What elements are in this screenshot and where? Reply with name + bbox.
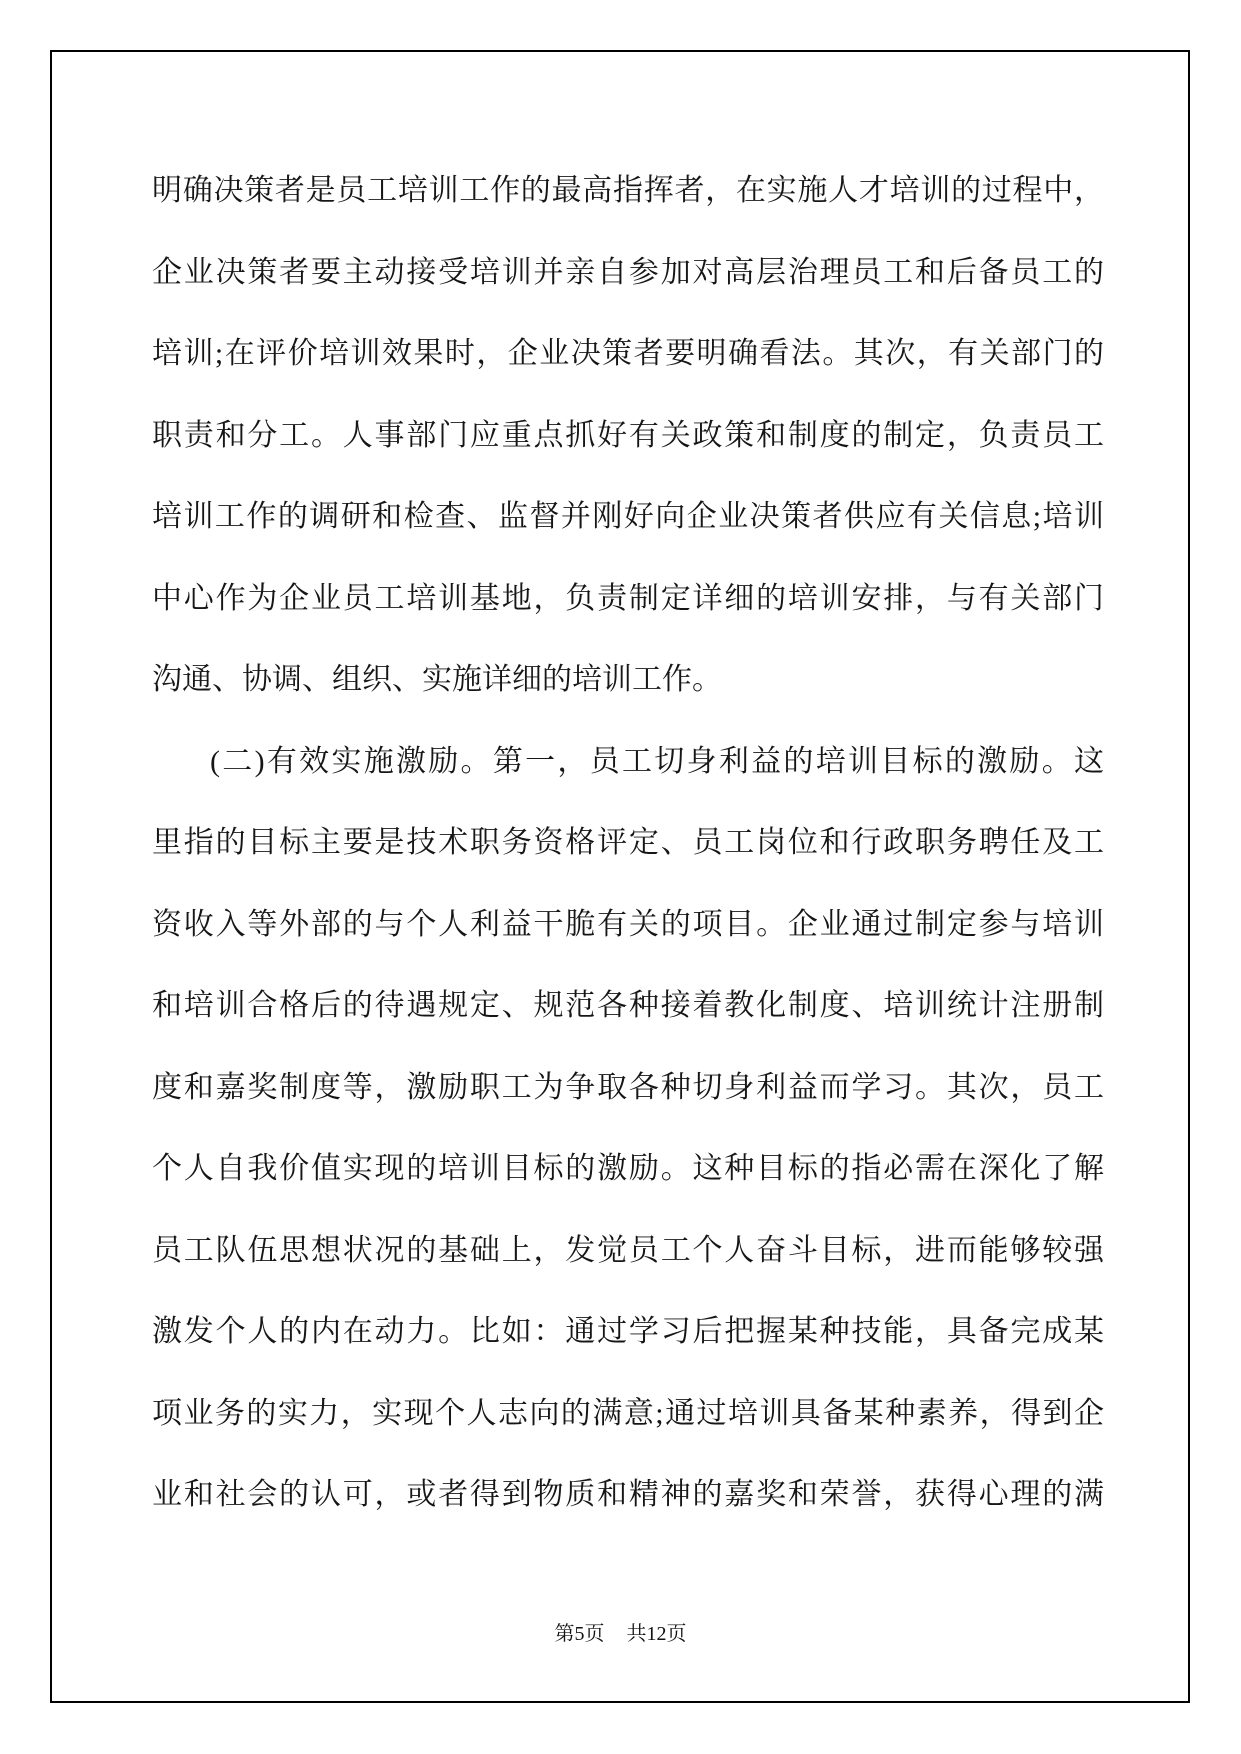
text-line: 和培训合格后的待遇规定、规范各种接着教化制度、培训统计注册制 bbox=[152, 965, 1104, 1047]
text-line: (二)有效实施激励。第一，员工切身利益的培训目标的激励。这 bbox=[152, 721, 1104, 803]
footer-total-pages: 共12页 bbox=[627, 1623, 687, 1645]
document-page: 明确决策者是员工培训工作的最高指挥者，在实施人才培训的过程中， 企业决策者要主动… bbox=[0, 0, 1241, 1754]
text-line: 培训工作的调研和检查、监督并刚好向企业决策者供应有关信息;培训 bbox=[152, 476, 1104, 558]
text-line: 里指的目标主要是技术职务资格评定、员工岗位和行政职务聘任及工 bbox=[152, 802, 1104, 884]
text-line: 职责和分工。人事部门应重点抓好有关政策和制度的制定，负责员工 bbox=[152, 395, 1104, 477]
text-line: 中心作为企业员工培训基地，负责制定详细的培训安排，与有关部门 bbox=[152, 558, 1104, 640]
text-line: 项业务的实力，实现个人志向的满意;通过培训具备某种素养，得到企 bbox=[152, 1373, 1104, 1455]
text-line: 个人自我价值实现的培训目标的激励。这种目标的指必需在深化了解 bbox=[152, 1128, 1104, 1210]
text-line: 企业决策者要主动接受培训并亲自参加对高层治理员工和后备员工的 bbox=[152, 232, 1104, 314]
page-footer: 第5页共12页 bbox=[0, 1618, 1241, 1650]
text-line: 激发个人的内在动力。比如：通过学习后把握某种技能，具备完成某 bbox=[152, 1291, 1104, 1373]
text-line: 明确决策者是员工培训工作的最高指挥者，在实施人才培训的过程中， bbox=[152, 150, 1104, 232]
text-line: 沟通、协调、组织、实施详细的培训工作。 bbox=[152, 639, 1104, 721]
text-line: 业和社会的认可，或者得到物质和精神的嘉奖和荣誉，获得心理的满 bbox=[152, 1454, 1104, 1536]
footer-page-number: 第5页 bbox=[555, 1623, 605, 1645]
text-line: 培训;在评价培训效果时，企业决策者要明确看法。其次，有关部门的 bbox=[152, 313, 1104, 395]
text-line: 员工队伍思想状况的基础上，发觉员工个人奋斗目标，进而能够较强 bbox=[152, 1210, 1104, 1292]
text-line: 资收入等外部的与个人利益干脆有关的项目。企业通过制定参与培训 bbox=[152, 884, 1104, 966]
document-text: 明确决策者是员工培训工作的最高指挥者，在实施人才培训的过程中， 企业决策者要主动… bbox=[152, 150, 1104, 1536]
text-line: 度和嘉奖制度等，激励职工为争取各种切身利益而学习。其次，员工 bbox=[152, 1047, 1104, 1129]
